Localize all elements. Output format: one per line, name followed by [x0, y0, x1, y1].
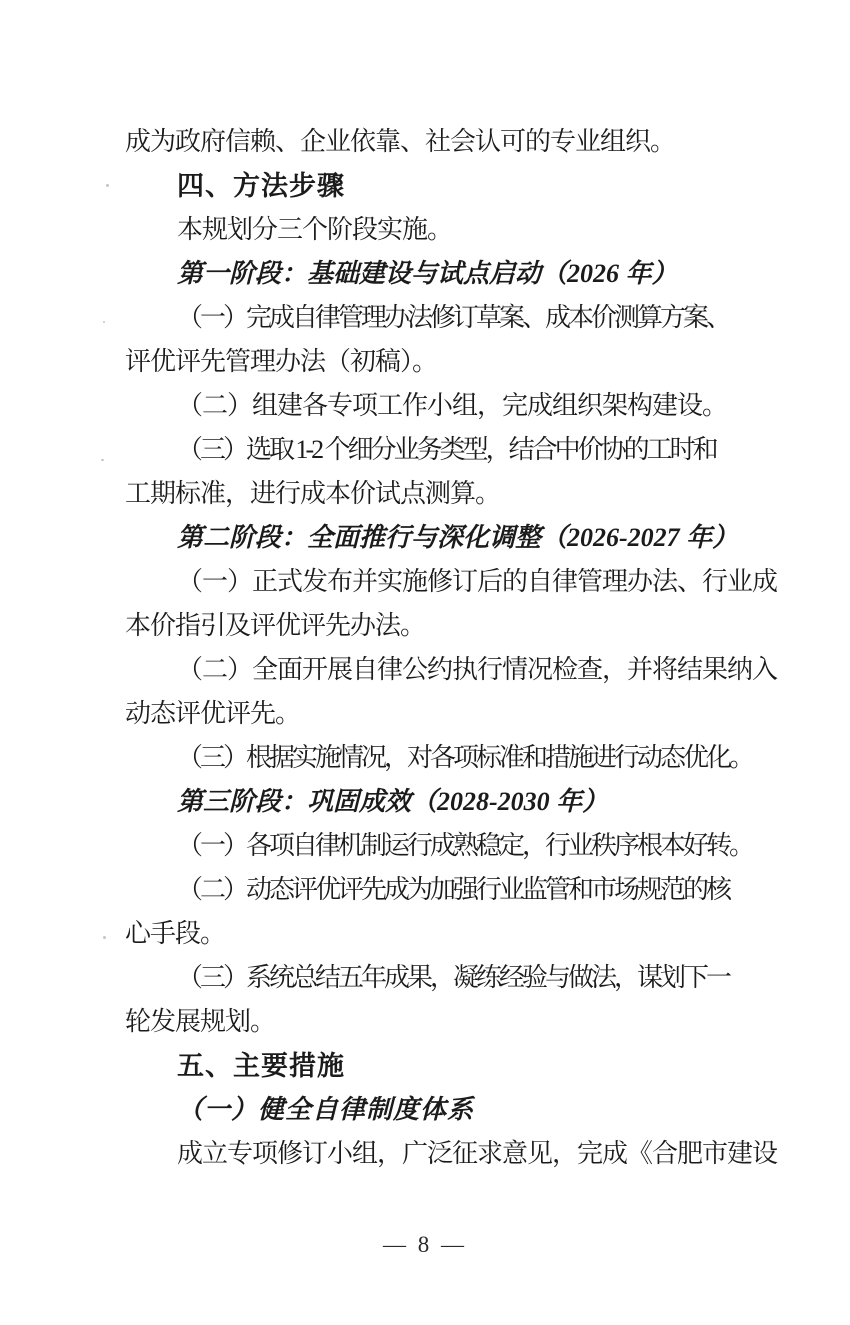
text-line: （三）系统总结五年成果，凝练经验与做法，谋划下一	[125, 956, 737, 1000]
text-line: （三）根据实施情况，对各项标准和措施进行动态优化。	[125, 736, 737, 780]
text-line: 本价指引及评优评先办法。	[125, 604, 737, 648]
document-page: 成为政府信赖、企业依靠、社会认可的专业组织。 四、方法步骤 本规划分三个阶段实施…	[0, 0, 850, 1325]
text-line: （二）全面开展自律公约执行情况检查，并将结果纳入	[125, 648, 737, 692]
text-line: （三）选取 1-2 个细分业务类型，结合中价协的工时和	[125, 428, 737, 472]
scan-speck	[101, 459, 104, 461]
text-line: 工期标准，进行成本价试点测算。	[125, 472, 737, 516]
text-line: （一）正式发布并实施修订后的自律管理办法、行业成	[125, 560, 737, 604]
text-line: 心手段。	[125, 912, 737, 956]
phase-heading: 第一阶段：基础建设与试点启动（2026 年）	[125, 252, 737, 296]
text-line: （一）完成自律管理办法修订草案、成本价测算方案、	[125, 296, 737, 340]
text-line: （二）动态评优评先成为加强行业监管和市场规范的核	[125, 868, 737, 912]
document-body: 成为政府信赖、企业依靠、社会认可的专业组织。 四、方法步骤 本规划分三个阶段实施…	[125, 120, 737, 1176]
text-line: 动态评优评先。	[125, 692, 737, 736]
scan-speck	[106, 184, 109, 187]
text-line: 评优评先管理办法（初稿）。	[125, 340, 737, 384]
text-line: 成立专项修订小组，广泛征求意见，完成《合肥市建设	[125, 1132, 737, 1176]
text-line: 成为政府信赖、企业依靠、社会认可的专业组织。	[125, 120, 737, 164]
text-line: 轮发展规划。	[125, 1000, 737, 1044]
scan-speck	[103, 321, 105, 323]
phase-heading: 第三阶段：巩固成效（2028-2030 年）	[125, 780, 737, 824]
text-line: （二）组建各专项工作小组，完成组织架构建设。	[125, 384, 737, 428]
subsection-heading: （一）健全自律制度体系	[125, 1088, 737, 1132]
text-line: 本规划分三个阶段实施。	[125, 208, 737, 252]
phase-heading: 第二阶段：全面推行与深化调整（2026-2027 年）	[125, 516, 737, 560]
text-line: （一）各项自律机制运行成熟稳定，行业秩序根本好转。	[125, 824, 737, 868]
section-heading: 五、主要措施	[125, 1044, 737, 1088]
page-number: — 8 —	[0, 1232, 850, 1258]
section-heading: 四、方法步骤	[125, 164, 737, 208]
scan-speck	[103, 936, 106, 939]
